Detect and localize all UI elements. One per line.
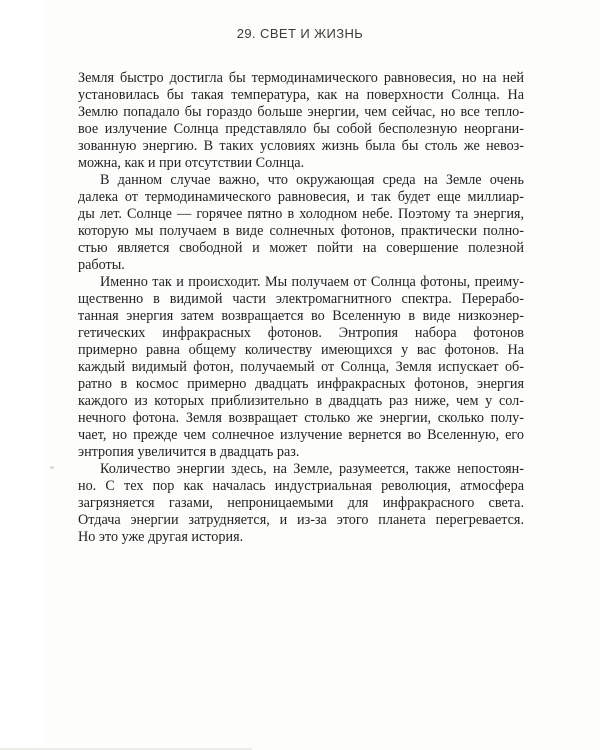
text-line: Землю попадало бы гораздо больше энергии… xyxy=(78,104,524,121)
text-line: гетических инфракрасных фотонов. Энтропи… xyxy=(78,325,524,342)
text-line: зованную энергию. В таких условиях жизнь… xyxy=(78,138,524,155)
paragraph: В данном случае важно, что окружающая ср… xyxy=(78,172,524,274)
text-line: которую мы получаем в виде солнечных фот… xyxy=(78,223,524,240)
text-line: но. С тех пор как началась индустриальна… xyxy=(78,478,524,495)
text-line: стью является свободной и может пойти на… xyxy=(78,240,524,257)
text-line: энтропия увеличится в двадцать раз. xyxy=(78,444,524,461)
text-line: нечного фотона. Земля возвращает столько… xyxy=(78,410,524,427)
paragraph: Количество энергии здесь, на Земле, разу… xyxy=(78,461,524,546)
text-line: установилась бы такая температура, как н… xyxy=(78,87,524,104)
text-line: каждого из которых приблизительно в двад… xyxy=(78,393,524,410)
scan-speck xyxy=(50,466,54,469)
text-line: Земля быстро достигла бы термодинамическ… xyxy=(78,70,524,87)
book-page: 29. СВЕТ И ЖИЗНЬ Земля быстро достигла б… xyxy=(0,0,600,750)
text-line: Именно так и происходит. Мы получаем от … xyxy=(78,274,524,291)
body-text: Земля быстро достигла бы термодинамическ… xyxy=(78,70,524,546)
text-line: Но это уже другая история. xyxy=(78,529,524,546)
paragraph: Именно так и происходит. Мы получаем от … xyxy=(78,274,524,461)
text-line: работы. xyxy=(78,257,524,274)
text-line: примерно равна общему количеству имеющих… xyxy=(78,342,524,359)
text-line: чает, но прежде чем солнечное излучение … xyxy=(78,427,524,444)
text-line: ды лет. Солнце — горячее пятно в холодно… xyxy=(78,206,524,223)
text-line: танная энергия затем возвращается во Все… xyxy=(78,308,524,325)
text-line: щественно в видимой части электромагнитн… xyxy=(78,291,524,308)
text-line: Количество энергии здесь, на Земле, разу… xyxy=(78,461,524,478)
chapter-header: 29. СВЕТ И ЖИЗНЬ xyxy=(0,26,600,41)
text-line: В данном случае важно, что окружающая ср… xyxy=(78,172,524,189)
text-line: загрязняется газами, непроницаемыми для … xyxy=(78,495,524,512)
text-line: далека от термодинамического равновесия,… xyxy=(78,189,524,206)
text-line: вое излучение Солнца представляло бы соб… xyxy=(78,121,524,138)
text-line: каждый видимый фотон, получаемый от Солн… xyxy=(78,359,524,376)
text-line: можна, как и при отсутствии Солнца. xyxy=(78,155,524,172)
text-line: ратно в космос примерно двадцать инфракр… xyxy=(78,376,524,393)
text-line: Отдача энергии затрудняется, и из-за это… xyxy=(78,512,524,529)
paragraph: Земля быстро достигла бы термодинамическ… xyxy=(78,70,524,172)
